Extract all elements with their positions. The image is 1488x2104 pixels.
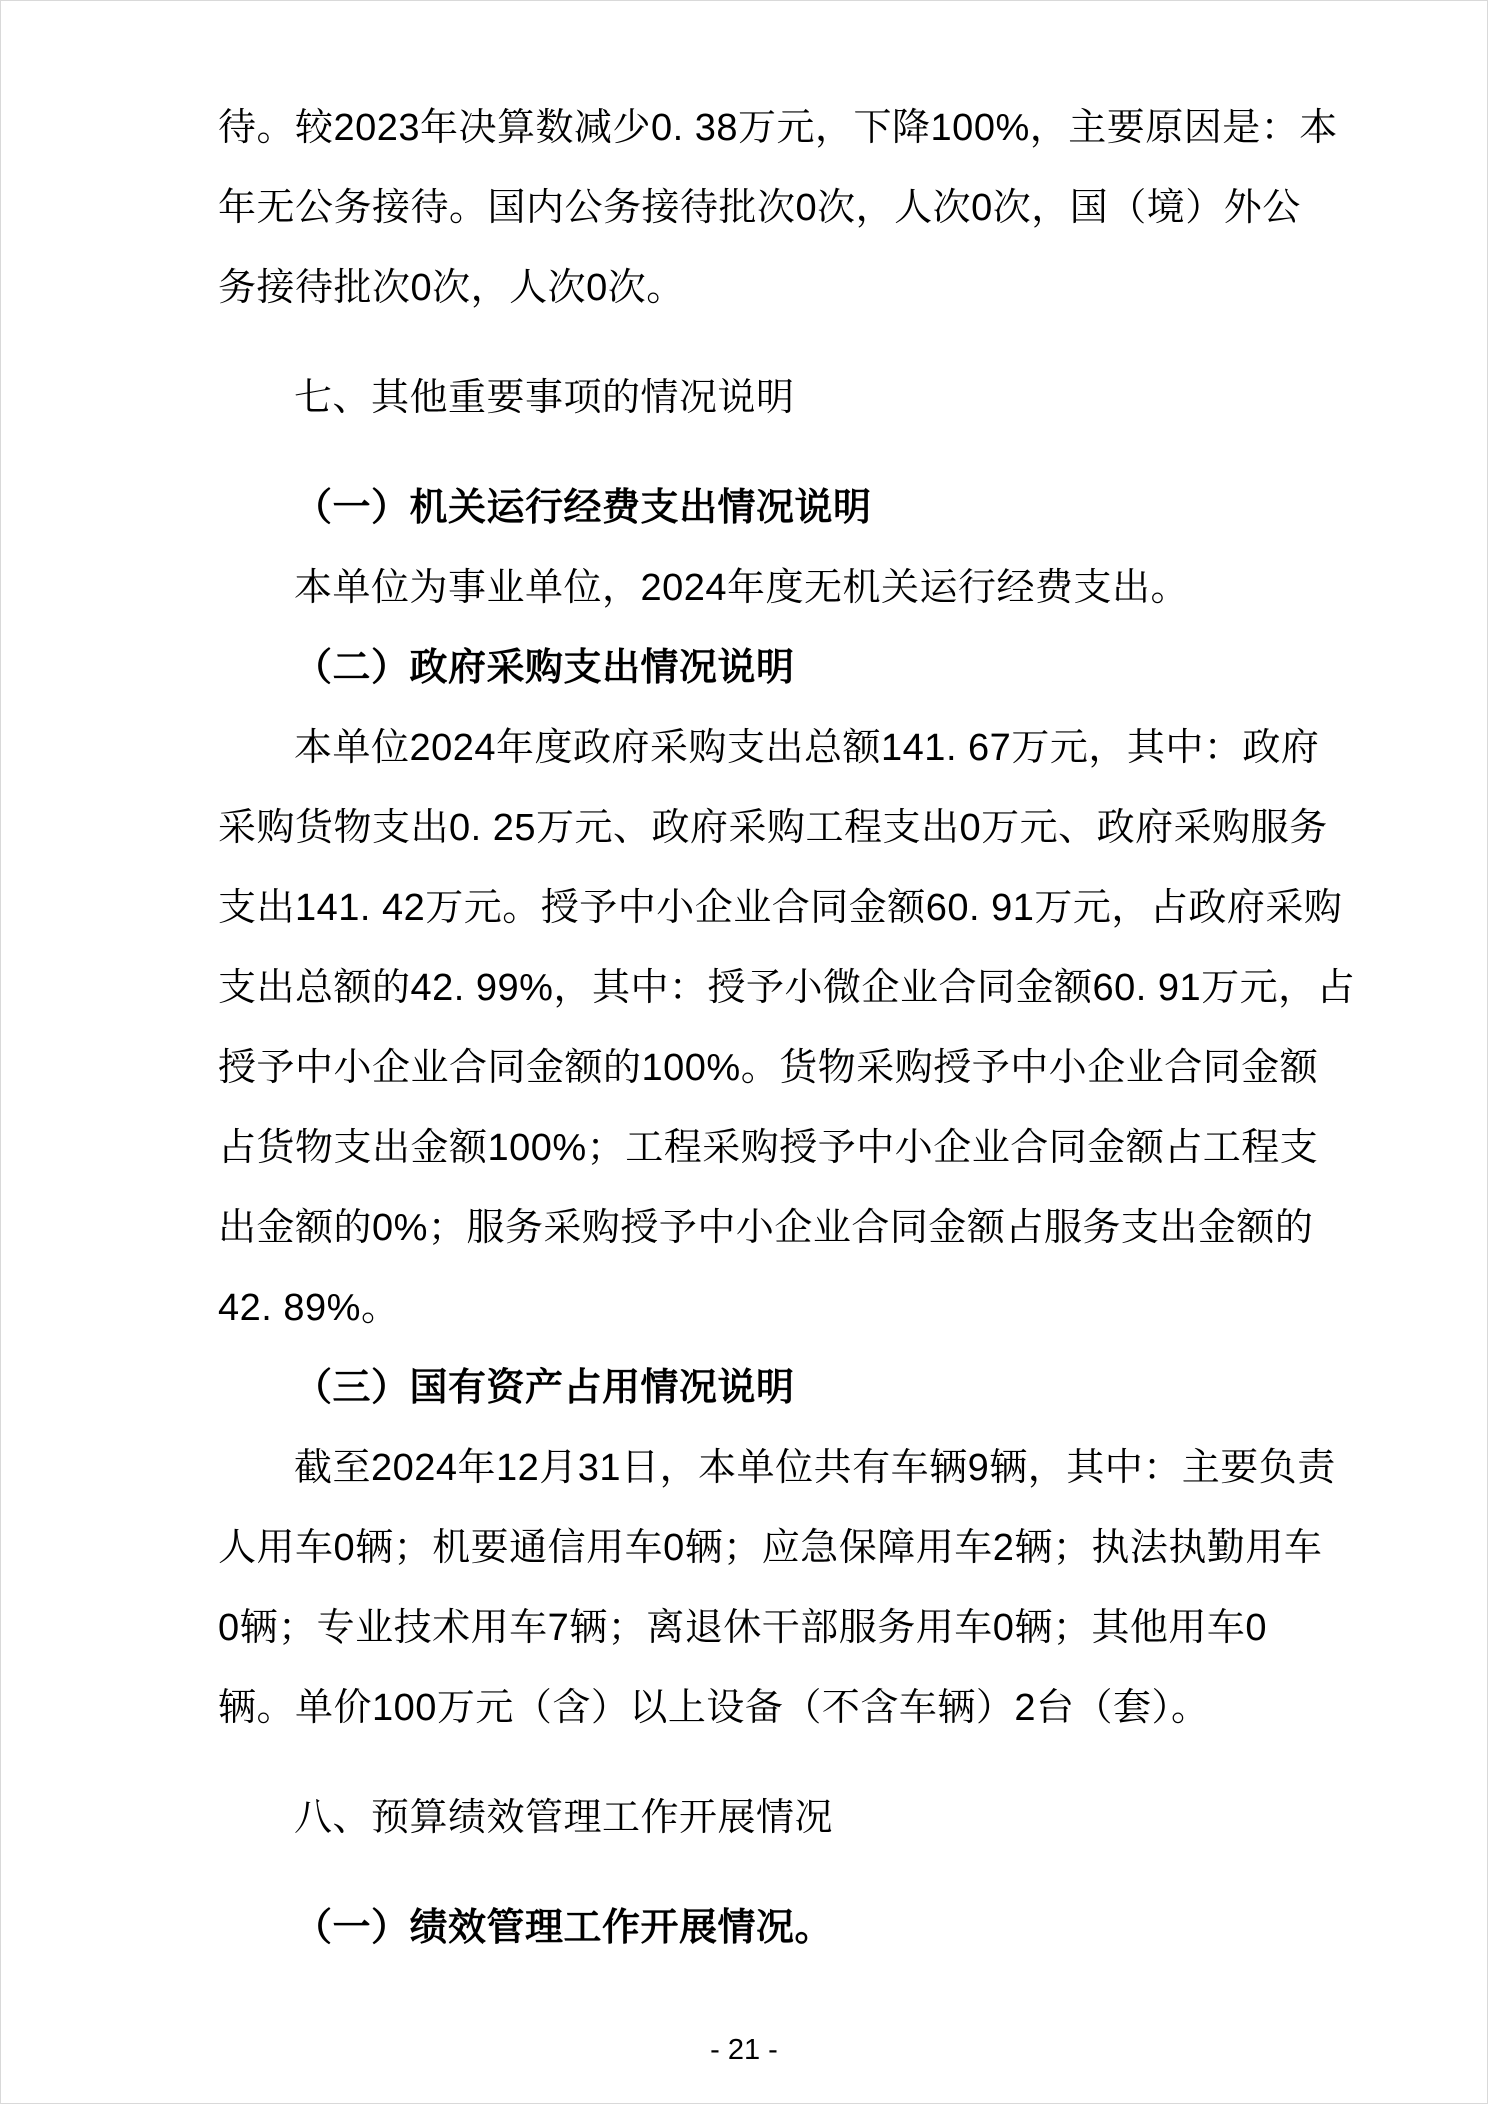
body-line: 辆。单价100万元（含）以上设备（不含车辆）2台（套）。 bbox=[218, 1668, 1308, 1748]
document-page: 待。较2023年决算数减少0. 38万元，下降100%，主要原因是：本 年无公务… bbox=[0, 0, 1488, 2104]
subsection-7-2-heading: （二）政府采购支出情况说明 bbox=[218, 628, 1308, 708]
body-line: 本单位为事业单位，2024年度无机关运行经费支出。 bbox=[218, 548, 1308, 628]
document-body: 待。较2023年决算数减少0. 38万元，下降100%，主要原因是：本 年无公务… bbox=[218, 88, 1308, 1968]
body-line: 支出总额的42. 99%，其中：授予小微企业合同金额60. 91万元，占 bbox=[218, 948, 1308, 1028]
body-line: 0辆；专业技术用车7辆；离退休干部服务用车0辆；其他用车0 bbox=[218, 1588, 1308, 1668]
section-7-heading: 七、其他重要事项的情况说明 bbox=[218, 358, 1308, 438]
subsection-7-3-heading: （三）国有资产占用情况说明 bbox=[218, 1348, 1308, 1428]
body-line: 务接待批次0次，人次0次。 bbox=[218, 248, 1308, 328]
subsection-7-1-heading: （一）机关运行经费支出情况说明 bbox=[218, 468, 1308, 548]
subsection-8-1-heading: （一）绩效管理工作开展情况。 bbox=[218, 1888, 1308, 1968]
body-line: 出金额的0%；服务采购授予中小企业合同金额占服务支出金额的 bbox=[218, 1188, 1308, 1268]
body-line: 采购货物支出0. 25万元、政府采购工程支出0万元、政府采购服务 bbox=[218, 788, 1308, 868]
body-line: 年无公务接待。国内公务接待批次0次，人次0次，国（境）外公 bbox=[218, 168, 1308, 248]
body-line: 本单位2024年度政府采购支出总额141. 67万元，其中：政府 bbox=[218, 708, 1308, 788]
body-line: 截至2024年12月31日，本单位共有车辆9辆，其中：主要负责 bbox=[218, 1428, 1308, 1508]
body-line: 占货物支出金额100%；工程采购授予中小企业合同金额占工程支 bbox=[218, 1108, 1308, 1188]
body-line: 42. 89%。 bbox=[218, 1268, 1308, 1348]
body-line: 授予中小企业合同金额的100%。货物采购授予中小企业合同金额 bbox=[218, 1028, 1308, 1108]
body-line: 人用车0辆；机要通信用车0辆；应急保障用车2辆；执法执勤用车 bbox=[218, 1508, 1308, 1588]
page-number: - 21 - bbox=[0, 2030, 1488, 2070]
body-line: 待。较2023年决算数减少0. 38万元，下降100%，主要原因是：本 bbox=[218, 88, 1308, 168]
section-8-heading: 八、预算绩效管理工作开展情况 bbox=[218, 1778, 1308, 1858]
body-line: 支出141. 42万元。授予中小企业合同金额60. 91万元，占政府采购 bbox=[218, 868, 1308, 948]
